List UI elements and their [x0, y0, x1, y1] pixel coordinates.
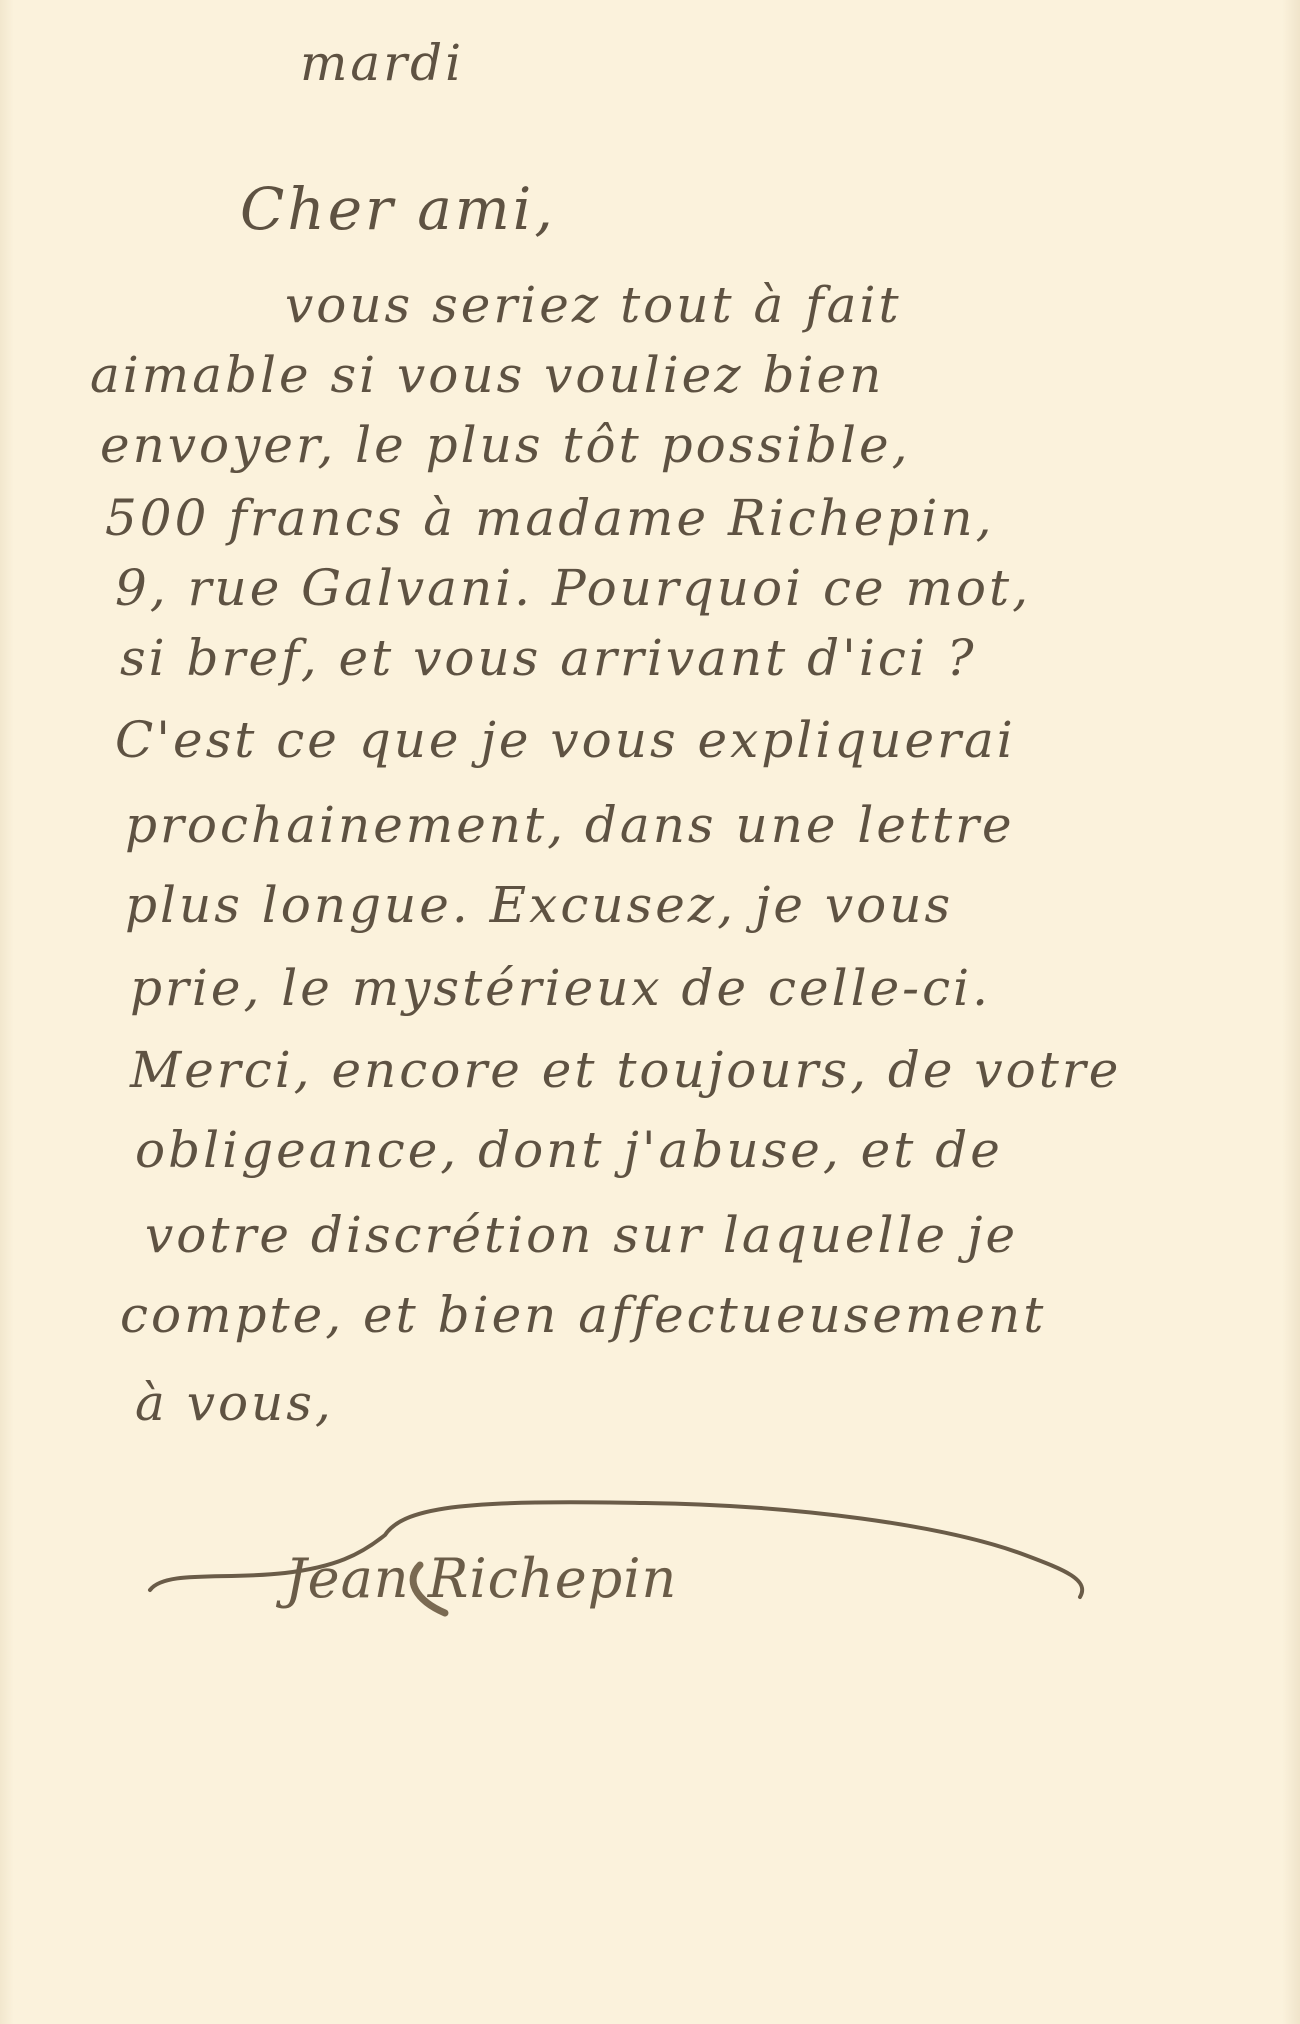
body-line: C'est ce que je vous expliquerai — [115, 715, 1016, 765]
body-line: 9, rue Galvani. Pourquoi ce mot, — [115, 563, 1031, 613]
body-line: si bref, et vous arrivant d'ici ? — [120, 633, 977, 683]
body-line: vous seriez tout à fait — [285, 280, 902, 330]
body-line: plus longue. Excusez, je vous — [125, 880, 953, 930]
body-line: votre discrétion sur laquelle je — [145, 1210, 1018, 1260]
letter-page: mardi Cher ami, vous seriez tout à fait … — [0, 0, 1300, 2024]
body-line: prochainement, dans une lettre — [125, 800, 1015, 850]
salutation: Cher ami, — [240, 180, 556, 238]
body-line: Merci, encore et toujours, de votre — [130, 1045, 1121, 1095]
body-line: compte, et bien affectueusement — [120, 1290, 1046, 1340]
body-line: prie, le mystérieux de celle-ci. — [130, 963, 991, 1013]
dateline: mardi — [300, 38, 464, 88]
body-line: aimable si vous vouliez bien — [90, 350, 884, 400]
body-line: obligeance, dont j'abuse, et de — [135, 1125, 1003, 1175]
body-line: envoyer, le plus tôt possible, — [100, 420, 910, 470]
signature: Jean Richepin — [145, 1495, 1095, 1635]
signature-text: Jean Richepin — [285, 1547, 677, 1610]
closing: à vous, — [135, 1378, 334, 1428]
body-line: 500 francs à madame Richepin, — [105, 493, 994, 543]
